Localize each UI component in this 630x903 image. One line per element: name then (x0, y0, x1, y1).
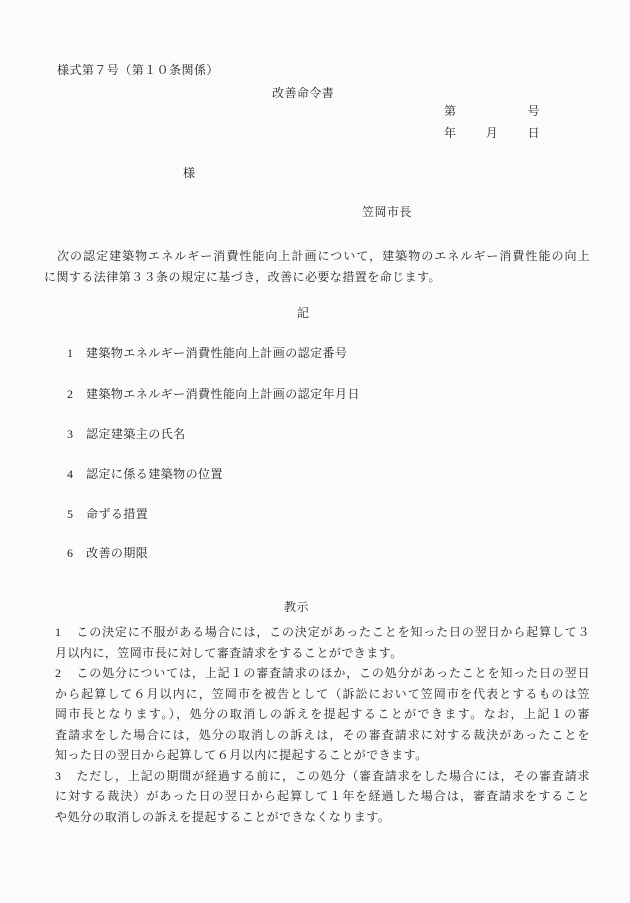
order-paragraph: 次の認定建築物エネルギー消費性能向上計画について，建築物のエネルギー消費性能の向… (44, 246, 590, 288)
document-title: 改善命令書 (272, 87, 334, 99)
note-line: 査請求をした場合には，処分の取消しの訴えは，その審査請求に対する裁決があったこと… (55, 725, 590, 746)
improvement-order-document-page: 様式第７号（第１０条関係） 改善命令書 第 号 年 月 日 様 笠岡市長 次の認… (0, 0, 630, 903)
list-item-ordered-measures: 5命ずる措置 (67, 508, 148, 520)
note-number: 3 (55, 766, 76, 787)
list-item-label: 認定建築主の氏名 (86, 427, 186, 441)
list-item-number: 4 (67, 468, 86, 480)
note-line: や処分の取消しの訴えを提起することができなくなります。 (55, 807, 590, 828)
note-line: に対する裁決）があった日の翌日から起算して１年を経過した場合は，審査請求をするこ… (55, 786, 590, 807)
list-item-certification-date: 2建築物エネルギー消費性能向上計画の認定年月日 (67, 388, 360, 400)
list-item-label: 命ずる措置 (86, 507, 148, 521)
note-number: 2 (55, 663, 76, 684)
document-number-suffix: 号 (528, 105, 540, 117)
list-item-number: 6 (67, 547, 86, 559)
note-line: から起算して６月以内に，笠岡市を被告として（訴訟において笠岡市を代表とするものは… (55, 684, 590, 705)
notice-heading: 教示 (284, 601, 309, 613)
note-line: 月以内に，笠岡市長に対して審査請求をすることができます。 (55, 643, 590, 664)
list-item-owner-name: 3認定建築主の氏名 (67, 428, 186, 440)
list-item-number: 2 (67, 388, 86, 400)
form-number: 様式第７号（第１０条関係） (57, 64, 219, 76)
note-line: 岡市長となります。），処分の取消しの訴えを提起することができます。なお，上記１の… (55, 704, 590, 725)
list-item-label: 建築物エネルギー消費性能向上計画の認定年月日 (86, 387, 360, 401)
document-number-prefix: 第 (444, 105, 456, 117)
date-line: 年 月 日 (444, 127, 540, 139)
list-item-building-location: 4認定に係る建築物の位置 (67, 468, 223, 480)
date-month-label: 月 (486, 127, 498, 139)
list-item-certification-number: 1建築物エネルギー消費性能向上計画の認定番号 (67, 347, 347, 359)
note-text: この処分については，上記１の審査請求のほか，この処分があったことを知った日の翌日 (76, 666, 590, 680)
note-line: 1この決定に不服がある場合には，この決定があったことを知った日の翌日から起算して… (55, 622, 590, 643)
addressee-honorific: 様 (183, 167, 195, 179)
list-item-label: 認定に係る建築物の位置 (86, 467, 223, 481)
list-item-number: 5 (67, 508, 86, 520)
date-year-label: 年 (444, 127, 456, 139)
list-item-number: 1 (67, 347, 86, 359)
document-number-line: 第 号 (444, 105, 540, 117)
list-item-number: 3 (67, 428, 86, 440)
list-item-label: 建築物エネルギー消費性能向上計画の認定番号 (86, 346, 347, 360)
note-line: 3ただし，上記の期間が経過する前に，この処分（審査請求をした場合には，その審査請… (55, 766, 590, 787)
notice-block: 1この決定に不服がある場合には，この決定があったことを知った日の翌日から起算して… (55, 622, 590, 827)
record-heading: 記 (297, 307, 309, 319)
date-day-label: 日 (528, 127, 540, 139)
order-paragraph-line: 次の認定建築物エネルギー消費性能向上計画について，建築物のエネルギー消費性能の向… (44, 246, 590, 267)
note-line: 2この処分については，上記１の審査請求のほか，この処分があったことを知った日の翌… (55, 663, 590, 684)
issuer-name: 笠岡市長 (362, 206, 412, 218)
note-text: この決定に不服がある場合には，この決定があったことを知った日の翌日から起算して３ (76, 625, 590, 639)
note-line: 知った日の翌日から起算して６月以内に提起することができます。 (55, 745, 590, 766)
list-item-improvement-deadline: 6改善の期限 (67, 547, 148, 559)
note-text: ただし，上記の期間が経過する前に，この処分（審査請求をした場合には，その審査請求 (76, 769, 590, 783)
note-number: 1 (55, 622, 76, 643)
list-item-label: 改善の期限 (86, 546, 148, 560)
order-paragraph-line: に関する法律第３３条の規定に基づき，改善に必要な措置を命じます。 (44, 267, 590, 288)
